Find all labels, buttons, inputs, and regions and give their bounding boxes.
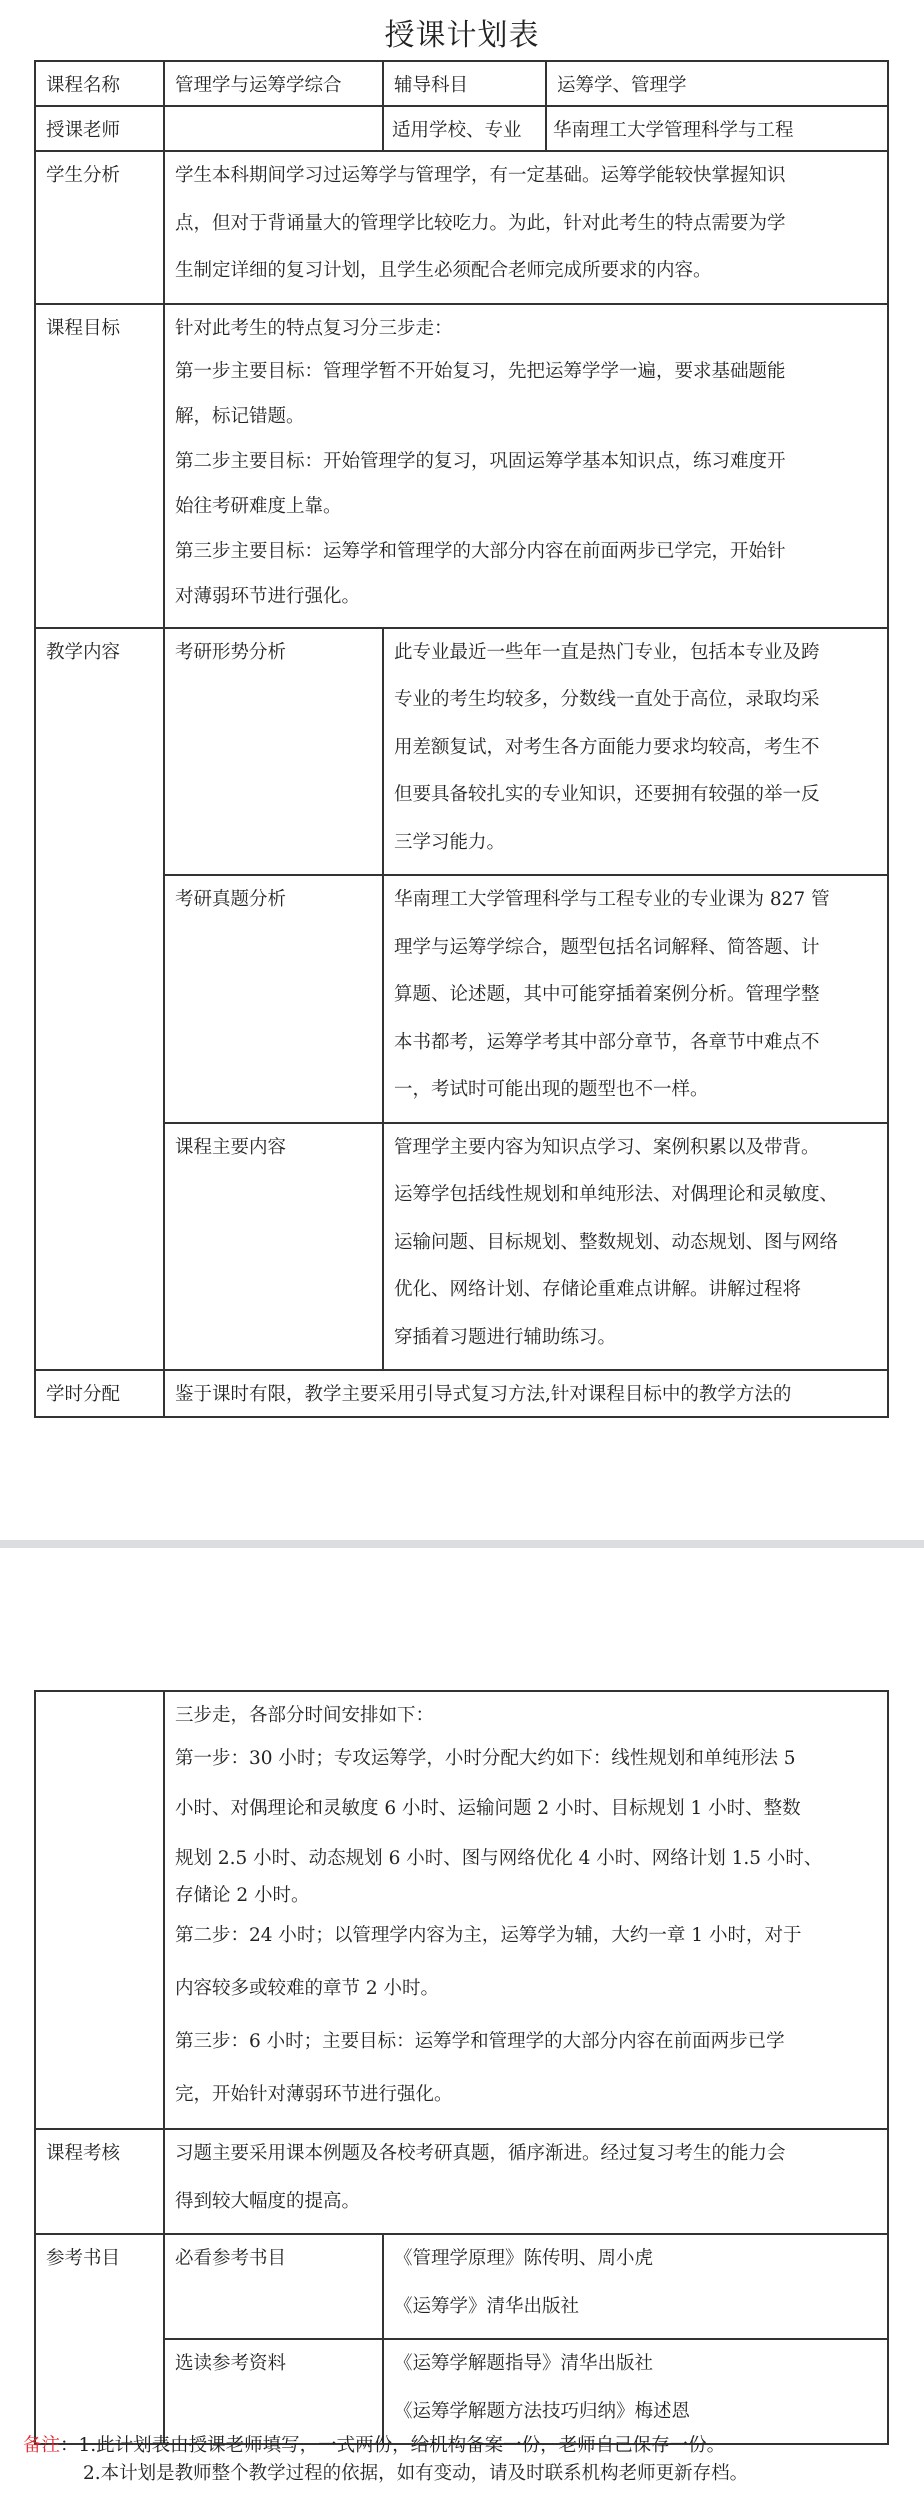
- row-hours-page2: 三步走，各部分时间安排如下： 第一步：30 小时；专攻运筹学，小时分配大约如下：…: [35, 1691, 888, 2129]
- course-goals-text: 针对此考生的特点复习分三步走： 第一步主要目标：管理学暂不开始复习，先把运筹学学…: [164, 304, 888, 628]
- row-course-name: 课程名称 管理学与运筹学综合 辅导科目 运筹学、管理学: [35, 61, 888, 106]
- plan-table-page-1: 课程名称 管理学与运筹学综合 辅导科目 运筹学、管理学 授课老师 适用学校、专业…: [34, 60, 889, 1418]
- teaching-content-label: 教学内容: [35, 628, 164, 1371]
- row-teacher: 授课老师 适用学校、专业 华南理工大学管理科学与工程: [35, 106, 888, 151]
- teacher-value: [164, 106, 383, 151]
- optional-books-label: 选读参考资料: [164, 2339, 383, 2444]
- content-item-label: 考研真题分析: [164, 875, 383, 1123]
- content-item-text: 此专业最近一些年一直是热门专业，包括本专业及跨 专业的考生均较多，分数线一直处于…: [383, 628, 888, 876]
- document-title: 授课计划表: [0, 10, 924, 54]
- teacher-label: 授课老师: [35, 106, 164, 151]
- hours-label: 学时分配: [35, 1370, 164, 1417]
- hours-text-page2: 三步走，各部分时间安排如下： 第一步：30 小时；专攻运筹学，小时分配大约如下：…: [164, 1691, 888, 2129]
- notes-prefix: 备注: [23, 2435, 60, 2456]
- content-item-text: 华南理工大学管理科学与工程专业的专业课为 827 管 理学与运筹学综合，题型包括…: [383, 875, 888, 1123]
- row-student-analysis: 学生分析 学生本科期间学习过运筹学与管理学，有一定基础。运筹学能较快掌握知识 点…: [35, 151, 888, 304]
- content-item-text: 管理学主要内容为知识点学习、案例积累以及带背。 运筹学包括线性规划和单纯形法、对…: [383, 1123, 888, 1371]
- optional-books-list: 《运筹学解题指导》清华出版社 《运筹学解题方法技巧归纳》梅述恩: [383, 2339, 888, 2444]
- row-assessment: 课程考核 习题主要采用课本例题及各校考研真题，循序渐进。经过复习考生的能力会 得…: [35, 2129, 888, 2234]
- content-item-label: 课程主要内容: [164, 1123, 383, 1371]
- course-name-label: 课程名称: [35, 61, 164, 106]
- plan-table-page-2: 三步走，各部分时间安排如下： 第一步：30 小时；专攻运筹学，小时分配大约如下：…: [34, 1690, 889, 2445]
- student-analysis-label: 学生分析: [35, 151, 164, 304]
- notes-section: 备注：1.此计划表由授课老师填写，一式两份，给机构备案一份，老师自己保存一份。 …: [23, 2432, 748, 2488]
- hours-text-page1: 鉴于课时有限，教学主要采用引导式复习方法,针对课程目标中的教学方法的: [164, 1370, 888, 1417]
- page-separator: [0, 1540, 924, 1548]
- note-line-1: 备注：1.此计划表由授课老师填写，一式两份，给机构备案一份，老师自己保存一份。: [23, 2432, 748, 2460]
- required-books-label: 必看参考书目: [164, 2234, 383, 2339]
- row-teaching-content-1: 教学内容 考研形势分析 此专业最近一些年一直是热门专业，包括本专业及跨 专业的考…: [35, 628, 888, 876]
- course-goals-label: 课程目标: [35, 304, 164, 628]
- subject-label: 辅导科目: [383, 61, 546, 106]
- row-references-required: 参考书目 必看参考书目 《管理学原理》陈传明、周小虎 《运筹学》清华出版社: [35, 2234, 888, 2339]
- student-analysis-text: 学生本科期间学习过运筹学与管理学，有一定基础。运筹学能较快掌握知识 点，但对于背…: [164, 151, 888, 304]
- assessment-text: 习题主要采用课本例题及各校考研真题，循序渐进。经过复习考生的能力会 得到较大幅度…: [164, 2129, 888, 2234]
- required-books-list: 《管理学原理》陈传明、周小虎 《运筹学》清华出版社: [383, 2234, 888, 2339]
- school-value: 华南理工大学管理科学与工程: [546, 106, 888, 151]
- hours-label-continued: [35, 1691, 164, 2129]
- row-course-goals: 课程目标 针对此考生的特点复习分三步走： 第一步主要目标：管理学暂不开始复习，先…: [35, 304, 888, 628]
- assessment-label: 课程考核: [35, 2129, 164, 2234]
- subject-value: 运筹学、管理学: [546, 61, 888, 106]
- school-label: 适用学校、专业: [383, 106, 546, 151]
- course-name-value: 管理学与运筹学综合: [164, 61, 383, 106]
- content-item-label: 考研形势分析: [164, 628, 383, 876]
- references-label: 参考书目: [35, 2234, 164, 2444]
- row-hours-page1: 学时分配 鉴于课时有限，教学主要采用引导式复习方法,针对课程目标中的教学方法的: [35, 1370, 888, 1417]
- note-line-2: 2.本计划是教师整个教学过程的依据，如有变动，请及时联系机构老师更新存档。: [23, 2460, 748, 2488]
